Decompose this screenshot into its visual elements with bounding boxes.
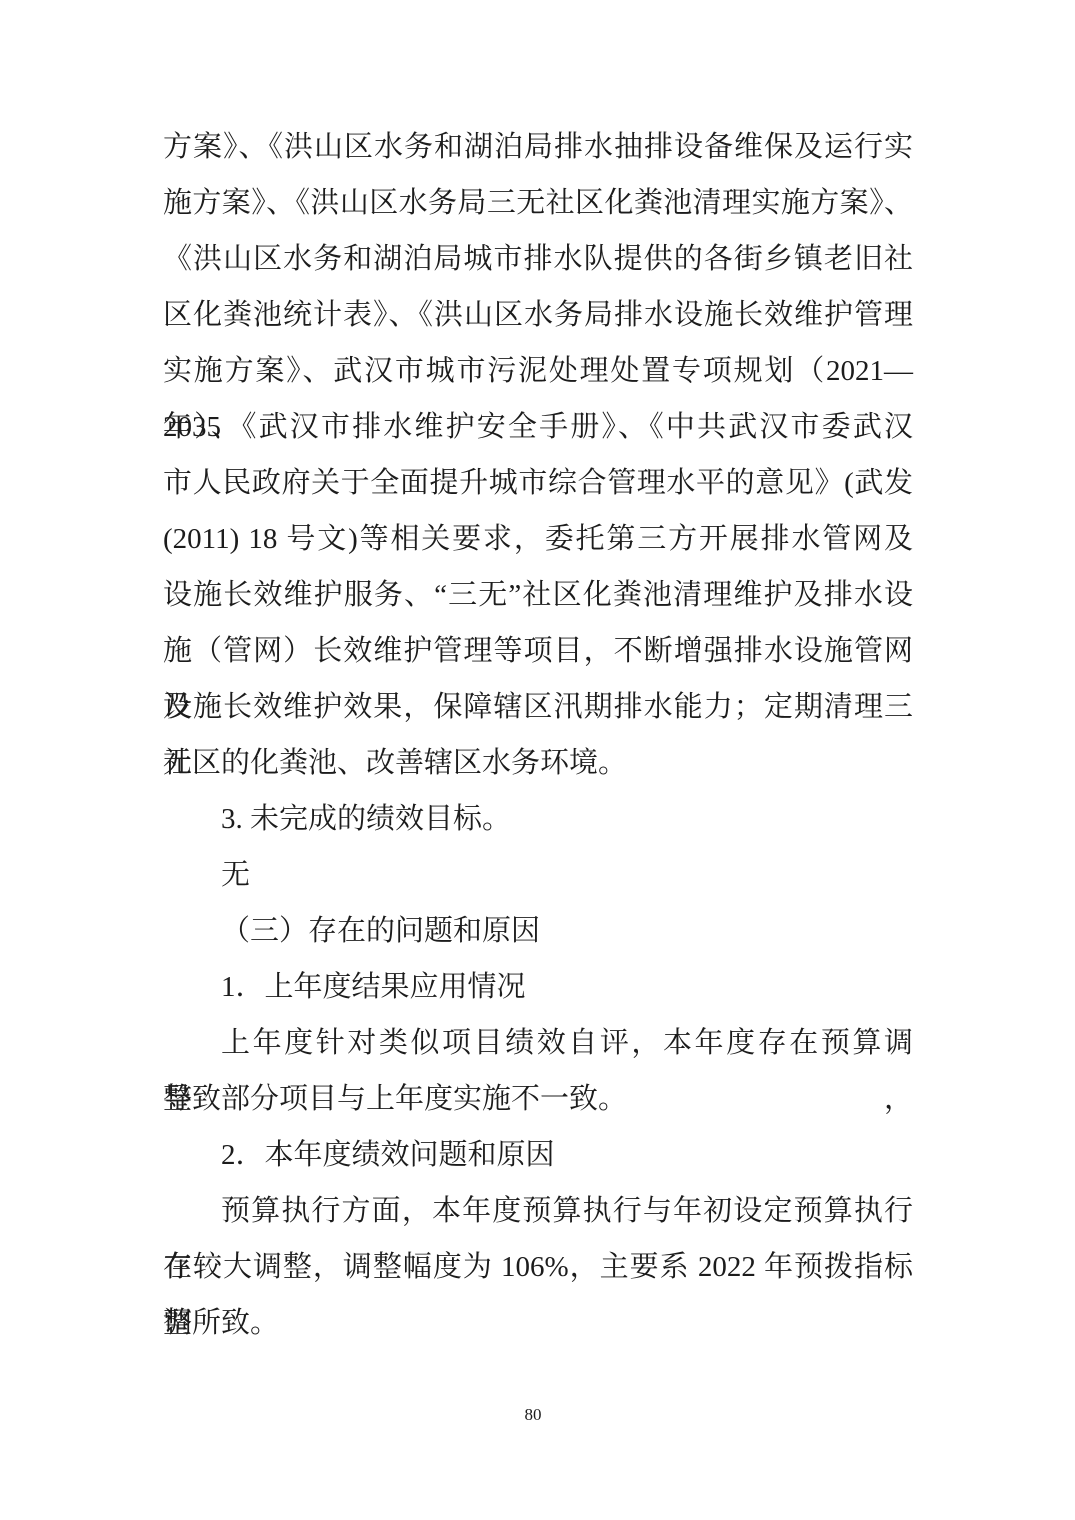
text-line: 整所致。 — [163, 1295, 913, 1351]
subsection-heading-prior-year-results: 1．上年度结果应用情况 — [163, 959, 913, 1015]
subsection-heading-current-year-issues: 2．本年度绩效问题和原因 — [163, 1127, 913, 1183]
document-page: 方案》、《洪山区水务和湖泊局排水抽排设备维保及运行实 施方案》、《洪山区水务局三… — [0, 0, 1075, 1520]
text-line: 施方案》、《洪山区水务局三无社区化粪池清理实施方案》、 — [163, 175, 913, 231]
section-heading-problems-and-causes: （三）存在的问题和原因 — [163, 903, 913, 959]
text-line: 无 — [163, 847, 913, 903]
text-line: 设施长效维护效果，保障辖区汛期排水能力；定期清理三无 — [163, 679, 913, 735]
list-item-unfinished-goals: 3. 未完成的绩效目标。 — [163, 791, 913, 847]
text-line: 区化粪池统计表》、《洪山区水务局排水设施长效维护管理 — [163, 287, 913, 343]
text-line: 施（管网）长效维护管理等项目，不断增强排水设施管网及 — [163, 623, 913, 679]
text-body: 方案》、《洪山区水务和湖泊局排水抽排设备维保及运行实 施方案》、《洪山区水务局三… — [163, 119, 913, 1351]
text-line: 年）、《武汉市排水维护安全手册》、《中共武汉市委武汉 — [163, 399, 913, 455]
text-line: 方案》、《洪山区水务和湖泊局排水抽排设备维保及运行实 — [163, 119, 913, 175]
text-line: 在较大调整，调整幅度为 106%，主要系 2022 年预拨指标调 — [163, 1239, 913, 1295]
text-line: 社区的化粪池、改善辖区水务环境。 — [163, 735, 913, 791]
text-line: 市人民政府关于全面提升城市综合管理水平的意见》(武发 — [163, 455, 913, 511]
page-number: 80 — [0, 1403, 1066, 1427]
text-line: 设施长效维护服务、“三无”社区化粪池清理维护及排水设 — [163, 567, 913, 623]
text-line: 上年度针对类似项目绩效自评，本年度存在预算调整， — [163, 1015, 913, 1071]
text-line: 《洪山区水务和湖泊局城市排水队提供的各街乡镇老旧社 — [163, 231, 913, 287]
text-line: 实施方案》、武汉市城市污泥处理处置专项规划（2021—2035 — [163, 343, 913, 399]
text-line: 预算执行方面，本年度预算执行与年初设定预算执行存 — [163, 1183, 913, 1239]
text-line: (2011) 18 号文)等相关要求，委托第三方开展排水管网及 — [163, 511, 913, 567]
